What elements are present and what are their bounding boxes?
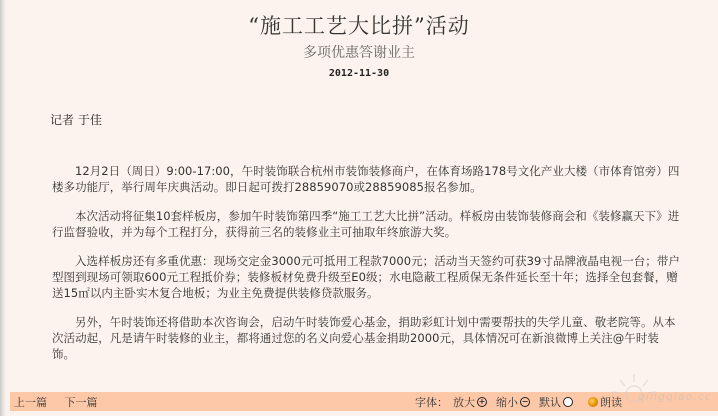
enlarge-label: 放大 bbox=[453, 394, 475, 410]
article-nav: 上一篇 下一篇 bbox=[14, 394, 112, 410]
enlarge-font-button[interactable]: 放大 + bbox=[453, 394, 487, 410]
author-byline: 记者 于佳 bbox=[50, 111, 102, 128]
article-title: “施工工艺大比拼”活动 bbox=[0, 12, 718, 40]
page-left-border bbox=[0, 0, 6, 416]
default-label: 默认 bbox=[539, 394, 561, 410]
article-footer-bar: 上一篇 下一篇 字体： 放大 + 缩小 − 默认 朗读 bbox=[10, 392, 718, 411]
publish-date: 2012-11-30 bbox=[0, 68, 718, 79]
article-body: 12月2日（周日）9:00-17:00，午时装饰联合杭州市装饰装修商户，在体育场… bbox=[52, 163, 682, 375]
plus-circle-icon: + bbox=[477, 397, 487, 407]
default-font-button[interactable]: 默认 bbox=[539, 394, 573, 410]
article-paragraph: 入选样板房还有多重优惠：现场交定金3000元可抵用工程款7000元；活动当天签约… bbox=[52, 253, 682, 301]
prev-article-link[interactable]: 上一篇 bbox=[14, 396, 47, 409]
font-size-controls: 字体： 放大 + 缩小 − 默认 朗读 bbox=[415, 394, 628, 410]
shrink-label: 缩小 bbox=[496, 394, 518, 410]
article-paragraph: 另外，午时装饰还将借助本次咨询会，启动午时装饰爱心基金，捐助彩虹计划中需要帮扶的… bbox=[52, 314, 682, 362]
article-subtitle: 多项优惠答谢业主 bbox=[0, 44, 718, 62]
read-aloud-label: 朗读 bbox=[600, 394, 622, 410]
minus-circle-icon: − bbox=[520, 397, 530, 407]
speaker-icon bbox=[588, 397, 598, 407]
read-aloud-button[interactable]: 朗读 bbox=[582, 394, 622, 410]
article-paragraph: 12月2日（周日）9:00-17:00，午时装饰联合杭州市装饰装修商户，在体育场… bbox=[52, 163, 682, 195]
article-paragraph: 本次活动将征集10套样板房，参加午时装饰第四季“施工工艺大比拼”活动。样板房由装… bbox=[52, 208, 682, 240]
shrink-font-button[interactable]: 缩小 − bbox=[496, 394, 530, 410]
article-header: “施工工艺大比拼”活动 多项优惠答谢业主 2012-11-30 bbox=[0, 0, 718, 79]
font-size-label: 字体： bbox=[415, 394, 448, 410]
circle-icon bbox=[563, 397, 573, 407]
next-article-link[interactable]: 下一篇 bbox=[65, 396, 98, 409]
